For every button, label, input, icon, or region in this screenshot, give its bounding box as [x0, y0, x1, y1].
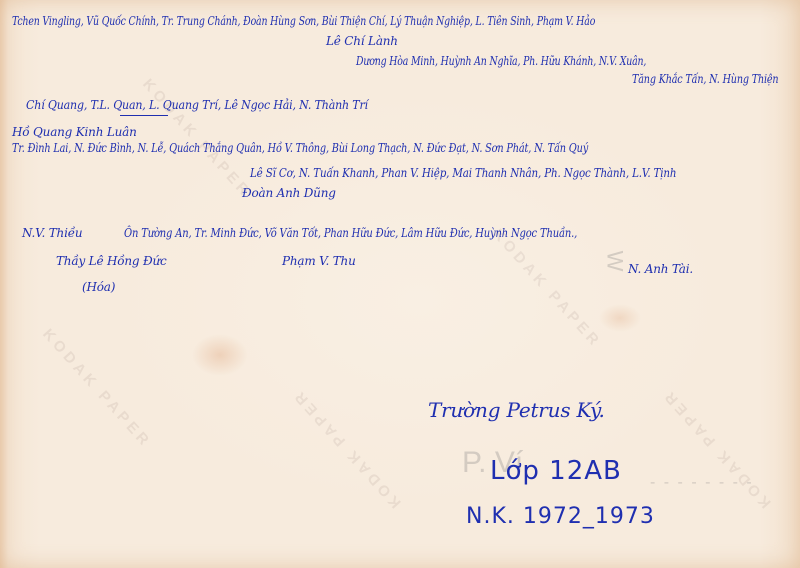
- watermark-text: KODAK PAPER: [659, 386, 775, 512]
- names-line: Lê Sĩ Cơ, N. Tuấn Khanh, Phan V. Hiệp, M…: [250, 166, 676, 180]
- names-line: Chí Quang, T.L. Quan, L. Quang Trí, Lê N…: [26, 98, 368, 112]
- school-year: N.K. 1972_1973: [466, 504, 655, 529]
- names-line: Tr. Đình Lai, N. Đức Bình, N. Lễ, Quách …: [12, 141, 588, 155]
- watermark-text: KODAK PAPER: [289, 386, 405, 512]
- names-line: N. Anh Tài.: [628, 262, 693, 276]
- school-name: Trường Petrus Ký.: [428, 398, 605, 422]
- watermark-text: KODAK PAPER: [139, 76, 255, 202]
- pencil-mark: - - - - - - - -: [650, 474, 754, 492]
- names-line: Tchen Vingling, Vũ Quốc Chính, Tr. Trung…: [12, 14, 595, 28]
- names-line: Đoàn Anh Dũng: [242, 186, 336, 200]
- name-underline: [120, 115, 168, 116]
- names-line: Hồ Quang Kinh Luân: [12, 125, 137, 139]
- watermark-text: KODAK PAPER: [39, 326, 155, 452]
- names-line: N.V. Thiều: [22, 226, 82, 240]
- names-line: Thầy Lê Hồng Đức: [56, 254, 167, 268]
- names-line: Dương Hòa Minh, Huỳnh An Nghĩa, Ph. Hữu …: [356, 54, 646, 68]
- names-line: (Hóa): [82, 280, 115, 294]
- names-line: Tăng Khắc Tấn, N. Hùng Thiện: [632, 72, 778, 86]
- watermark-text: KODAK PAPER: [489, 226, 605, 352]
- names-line: Lê Chí Lành: [326, 34, 398, 48]
- names-line: Ôn Tường An, Tr. Minh Đức, Võ Văn Tốt, P…: [124, 226, 577, 240]
- pencil-mark: W: [601, 251, 627, 272]
- photo-back-paper: KODAK PAPER KODAK PAPER KODAK PAPER KODA…: [0, 0, 800, 568]
- names-line: Phạm V. Thu: [282, 254, 356, 268]
- class-name: Lớp 12AB: [490, 456, 622, 486]
